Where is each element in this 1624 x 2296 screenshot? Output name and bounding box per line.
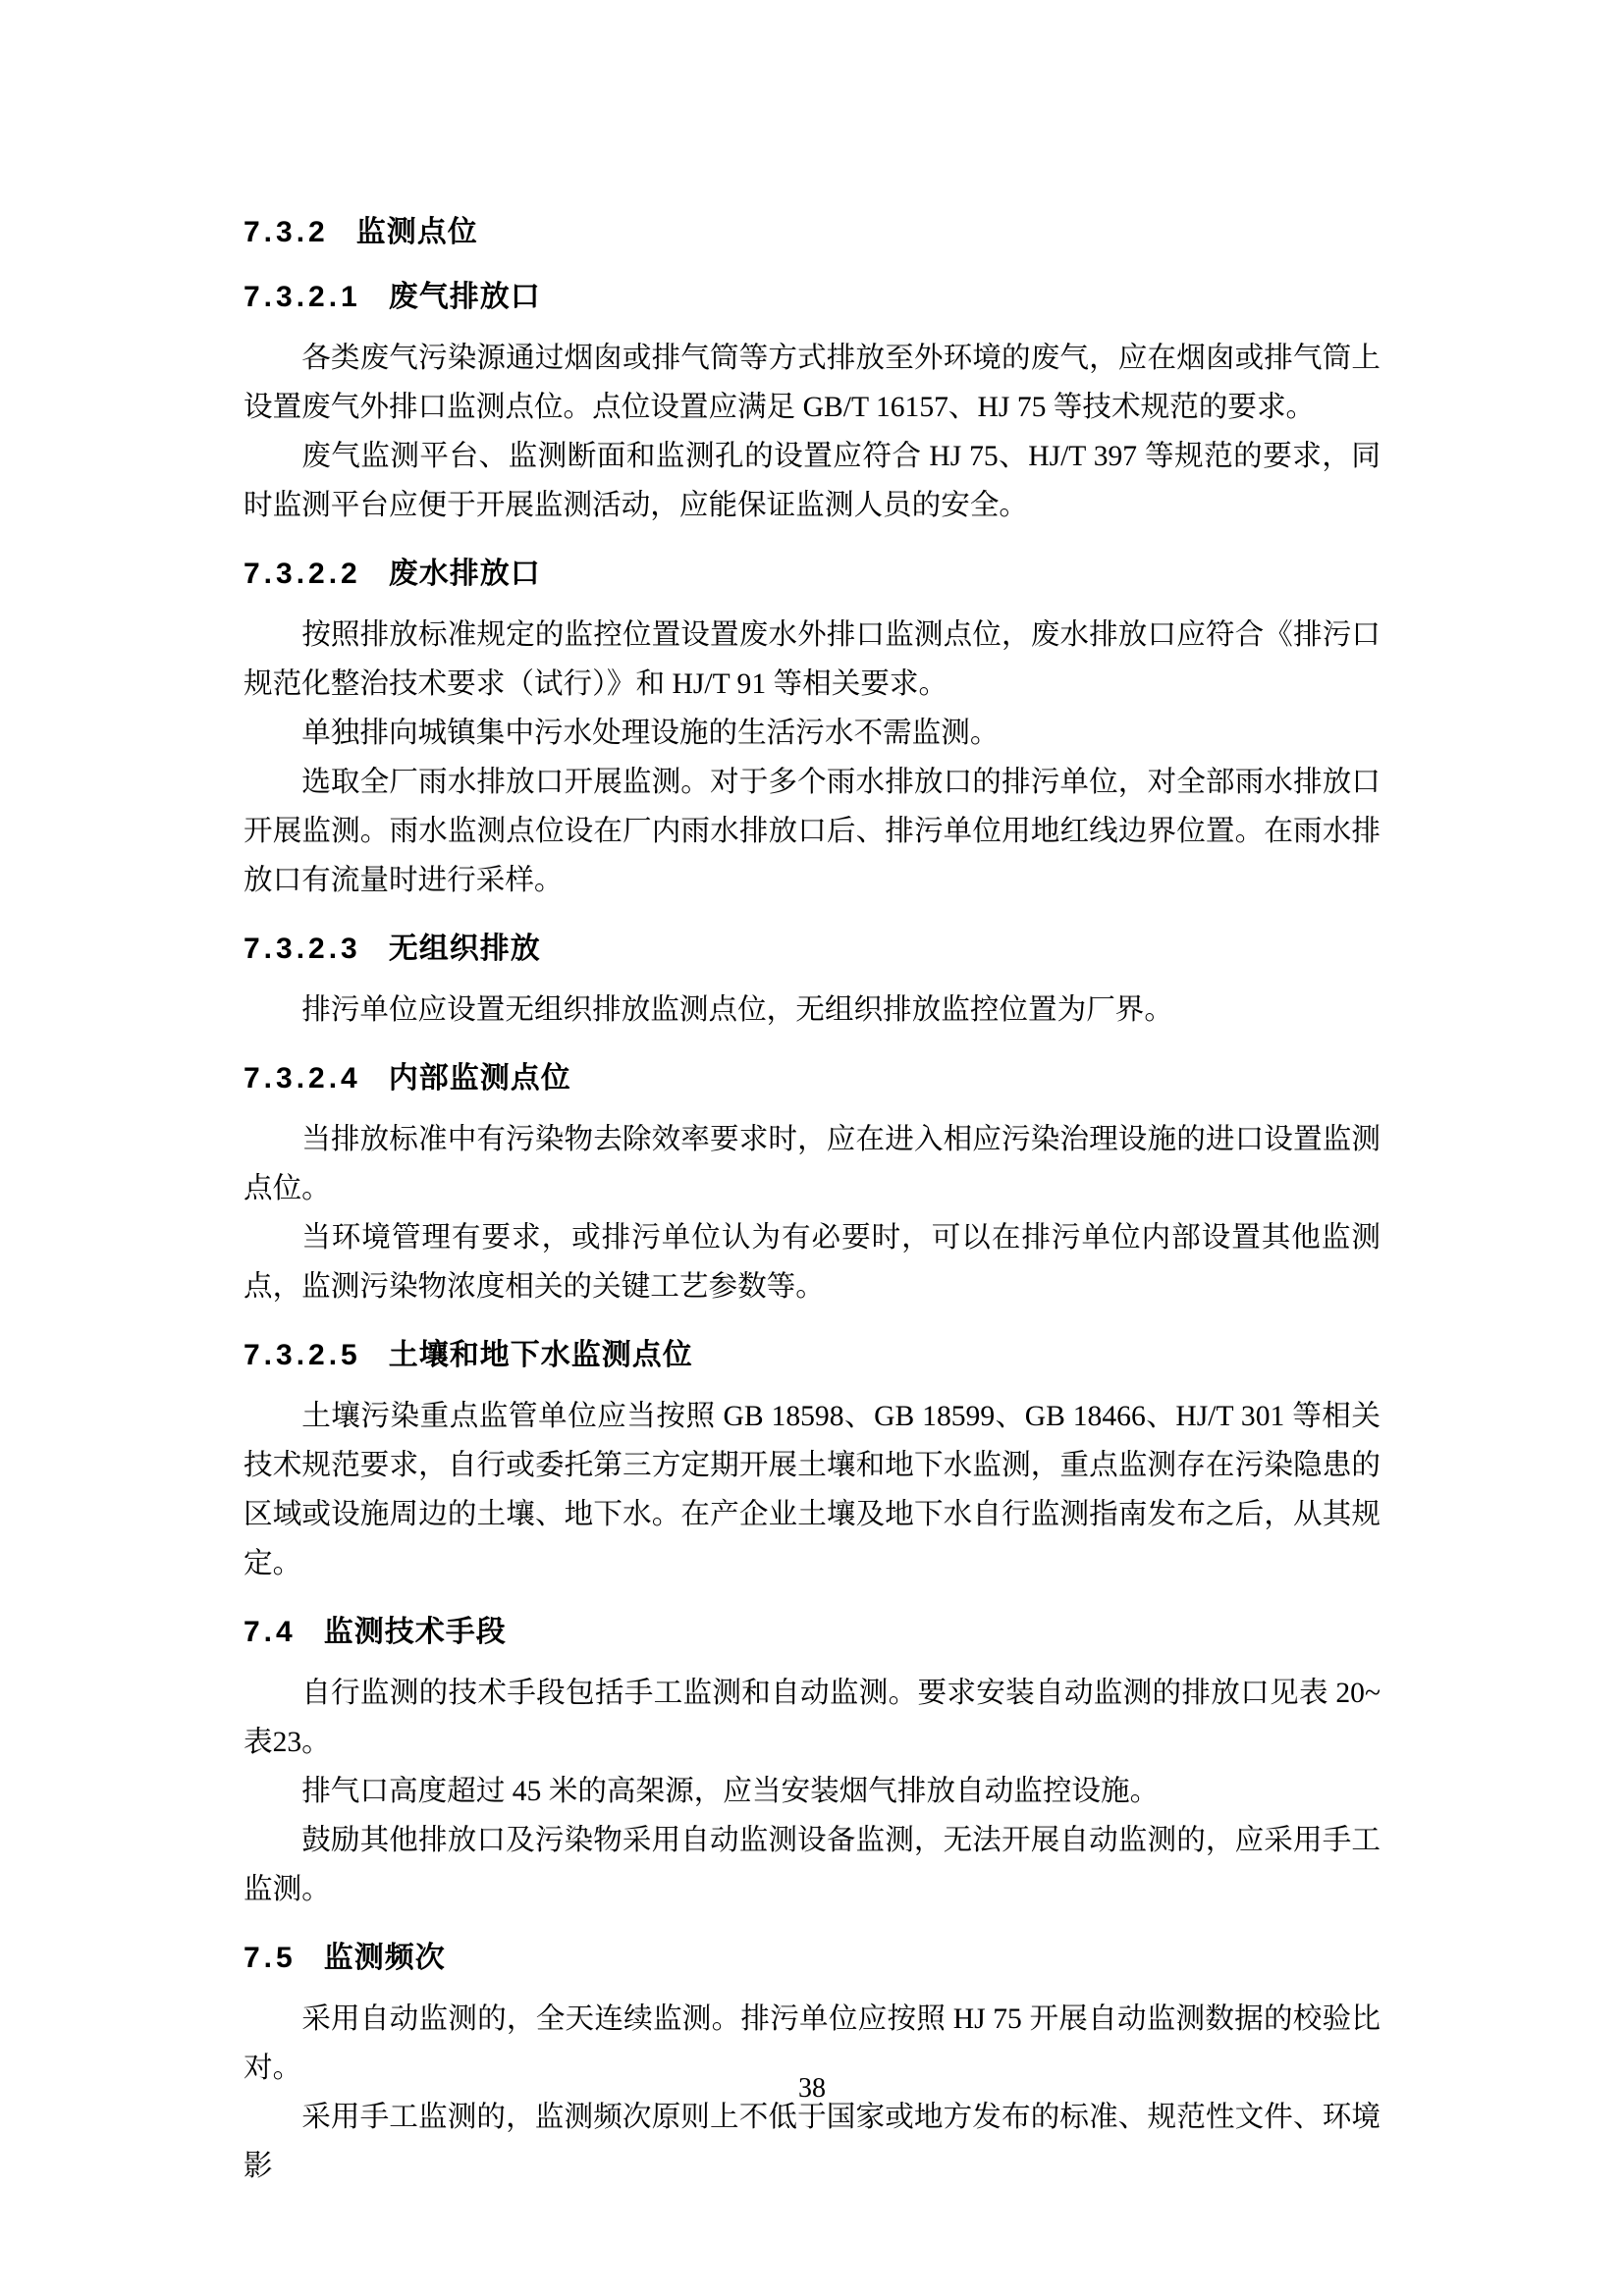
heading-number: 7.3.2.4 [244, 1062, 361, 1095]
heading-number: 7.4 [244, 1616, 297, 1648]
heading-title: 土壤和地下水监测点位 [389, 1339, 693, 1371]
page-number: 38 [0, 2071, 1624, 2107]
paragraph: 废气监测平台、监测断面和监测孔的设置应符合 HJ 75、HJ/T 397 等规范… [244, 432, 1380, 530]
section-heading-7-4: 7.4监测技术手段 [244, 1612, 1380, 1653]
section-heading-7-3-2: 7.3.2监测点位 [244, 212, 1380, 253]
heading-number: 7.5 [244, 1942, 297, 1974]
heading-number: 7.3.2 [244, 216, 329, 248]
heading-title: 监测频次 [324, 1942, 446, 1974]
section-heading-7-3-2-1: 7.3.2.1废气排放口 [244, 277, 1380, 318]
paragraph: 鼓励其他排放口及污染物采用自动监测设备监测，无法开展自动监测的，应采用手工监测。 [244, 1816, 1380, 1914]
heading-number: 7.3.2.5 [244, 1339, 361, 1371]
heading-number: 7.3.2.3 [244, 933, 361, 965]
paragraph: 当排放标准中有污染物去除效率要求时，应在进入相应污染治理设施的进口设置监测点位。 [244, 1115, 1380, 1213]
paragraph: 按照排放标准规定的监控位置设置废水外排口监测点位，废水排放口应符合《排污口规范化… [244, 611, 1380, 709]
heading-title: 监测点位 [356, 216, 478, 248]
heading-title: 废水排放口 [389, 558, 541, 590]
heading-number: 7.3.2.1 [244, 281, 361, 313]
paragraph: 排气口高度超过 45 米的高架源，应当安装烟气排放自动监控设施。 [244, 1767, 1380, 1816]
paragraph: 单独排向城镇集中污水处理设施的生活污水不需监测。 [244, 709, 1380, 758]
document-page: 7.3.2监测点位 7.3.2.1废气排放口 各类废气污染源通过烟囱或排气筒等方… [0, 0, 1624, 2296]
section-heading-7-3-2-5: 7.3.2.5土壤和地下水监测点位 [244, 1335, 1380, 1376]
paragraph: 各类废气污染源通过烟囱或排气筒等方式排放至外环境的废气，应在烟囱或排气筒上设置废… [244, 334, 1380, 432]
paragraph: 自行监测的技术手段包括手工监测和自动监测。要求安装自动监测的排放口见表 20~表… [244, 1669, 1380, 1767]
heading-title: 内部监测点位 [389, 1062, 571, 1095]
heading-title: 监测技术手段 [324, 1616, 507, 1648]
paragraph: 采用手工监测的，监测频次原则上不低于国家或地方发布的标准、规范性文件、环境影 [244, 2093, 1380, 2191]
section-heading-7-5: 7.5监测频次 [244, 1938, 1380, 1979]
section-heading-7-3-2-3: 7.3.2.3无组织排放 [244, 929, 1380, 970]
heading-title: 无组织排放 [389, 933, 541, 965]
heading-number: 7.3.2.2 [244, 558, 361, 590]
document-content: 7.3.2监测点位 7.3.2.1废气排放口 各类废气污染源通过烟囱或排气筒等方… [244, 212, 1380, 2191]
section-heading-7-3-2-2: 7.3.2.2废水排放口 [244, 554, 1380, 595]
paragraph: 排污单位应设置无组织排放监测点位，无组织排放监控位置为厂界。 [244, 986, 1380, 1035]
paragraph: 当环境管理有要求，或排污单位认为有必要时，可以在排污单位内部设置其他监测点，监测… [244, 1213, 1380, 1311]
paragraph: 选取全厂雨水排放口开展监测。对于多个雨水排放口的排污单位，对全部雨水排放口开展监… [244, 758, 1380, 905]
paragraph: 土壤污染重点监管单位应当按照 GB 18598、GB 18599、GB 1846… [244, 1392, 1380, 1588]
heading-title: 废气排放口 [389, 281, 541, 313]
section-heading-7-3-2-4: 7.3.2.4内部监测点位 [244, 1058, 1380, 1099]
